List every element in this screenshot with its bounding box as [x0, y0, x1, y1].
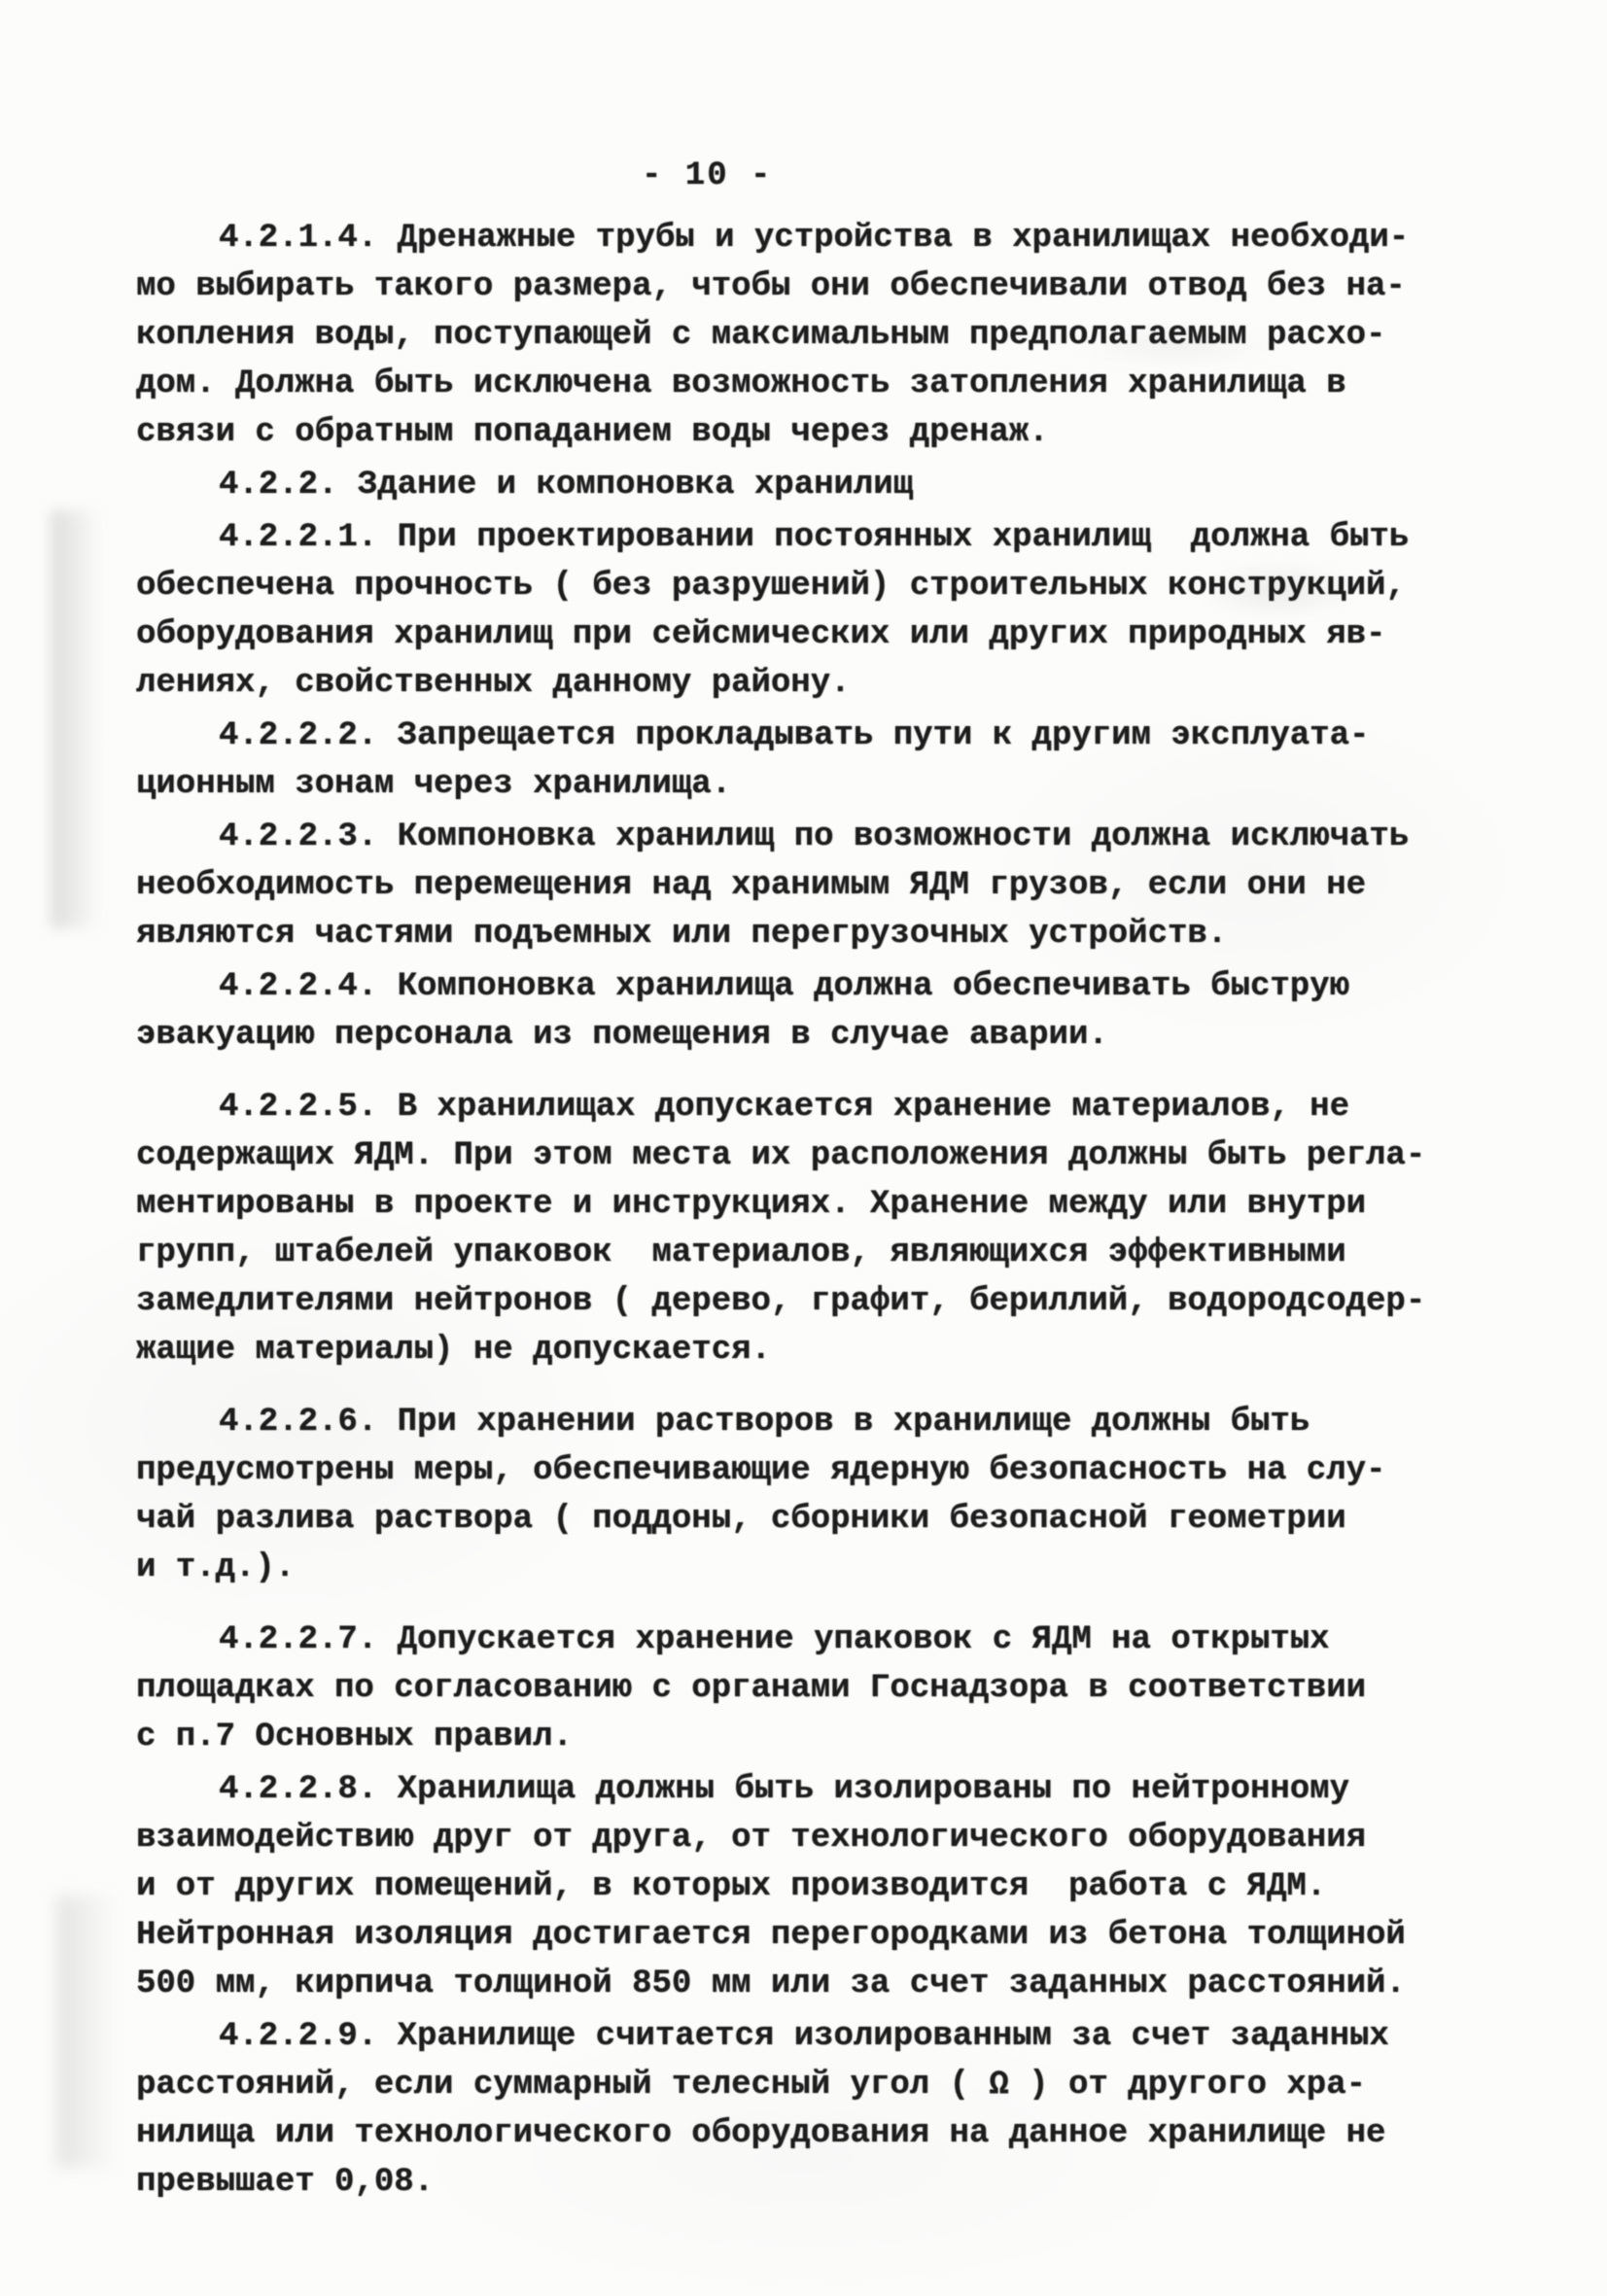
paragraph-4-2-2-heading: 4.2.2. Здание и компоновка хранилищ [136, 461, 1432, 509]
page-number: - 10 - [642, 152, 772, 200]
paragraph-4-2-2-6: 4.2.2.6. При хранении растворов в хранил… [136, 1398, 1432, 1592]
paragraph-4-2-2-1: 4.2.2.1. При проектировании постоянных х… [136, 513, 1432, 708]
paragraph-4-2-1-4: 4.2.1.4. Дренажные трубы и устройства в … [136, 214, 1432, 457]
paragraph-4-2-2-9: 4.2.2.9. Хранилище считается изолированн… [136, 2012, 1432, 2207]
document-page: - 10 - 4.2.1.4. Дренажные трубы и устрой… [0, 0, 1607, 2296]
paragraph-4-2-2-8: 4.2.2.8. Хранилища должны быть изолирова… [136, 1765, 1432, 2008]
paragraph-4-2-2-2: 4.2.2.2. Запрещается прокладывать пути к… [136, 712, 1432, 809]
document-content: - 10 - 4.2.1.4. Дренажные трубы и устрой… [0, 0, 1607, 2296]
paragraph-4-2-2-3: 4.2.2.3. Компоновка хранилищ по возможно… [136, 813, 1432, 958]
paragraph-4-2-2-4: 4.2.2.4. Компоновка хранилища должна обе… [136, 962, 1432, 1060]
paragraph-4-2-2-7: 4.2.2.7. Допускается хранение упаковок с… [136, 1616, 1432, 1761]
paragraph-4-2-2-5: 4.2.2.5. В хранилищах допускается хранен… [136, 1083, 1432, 1374]
